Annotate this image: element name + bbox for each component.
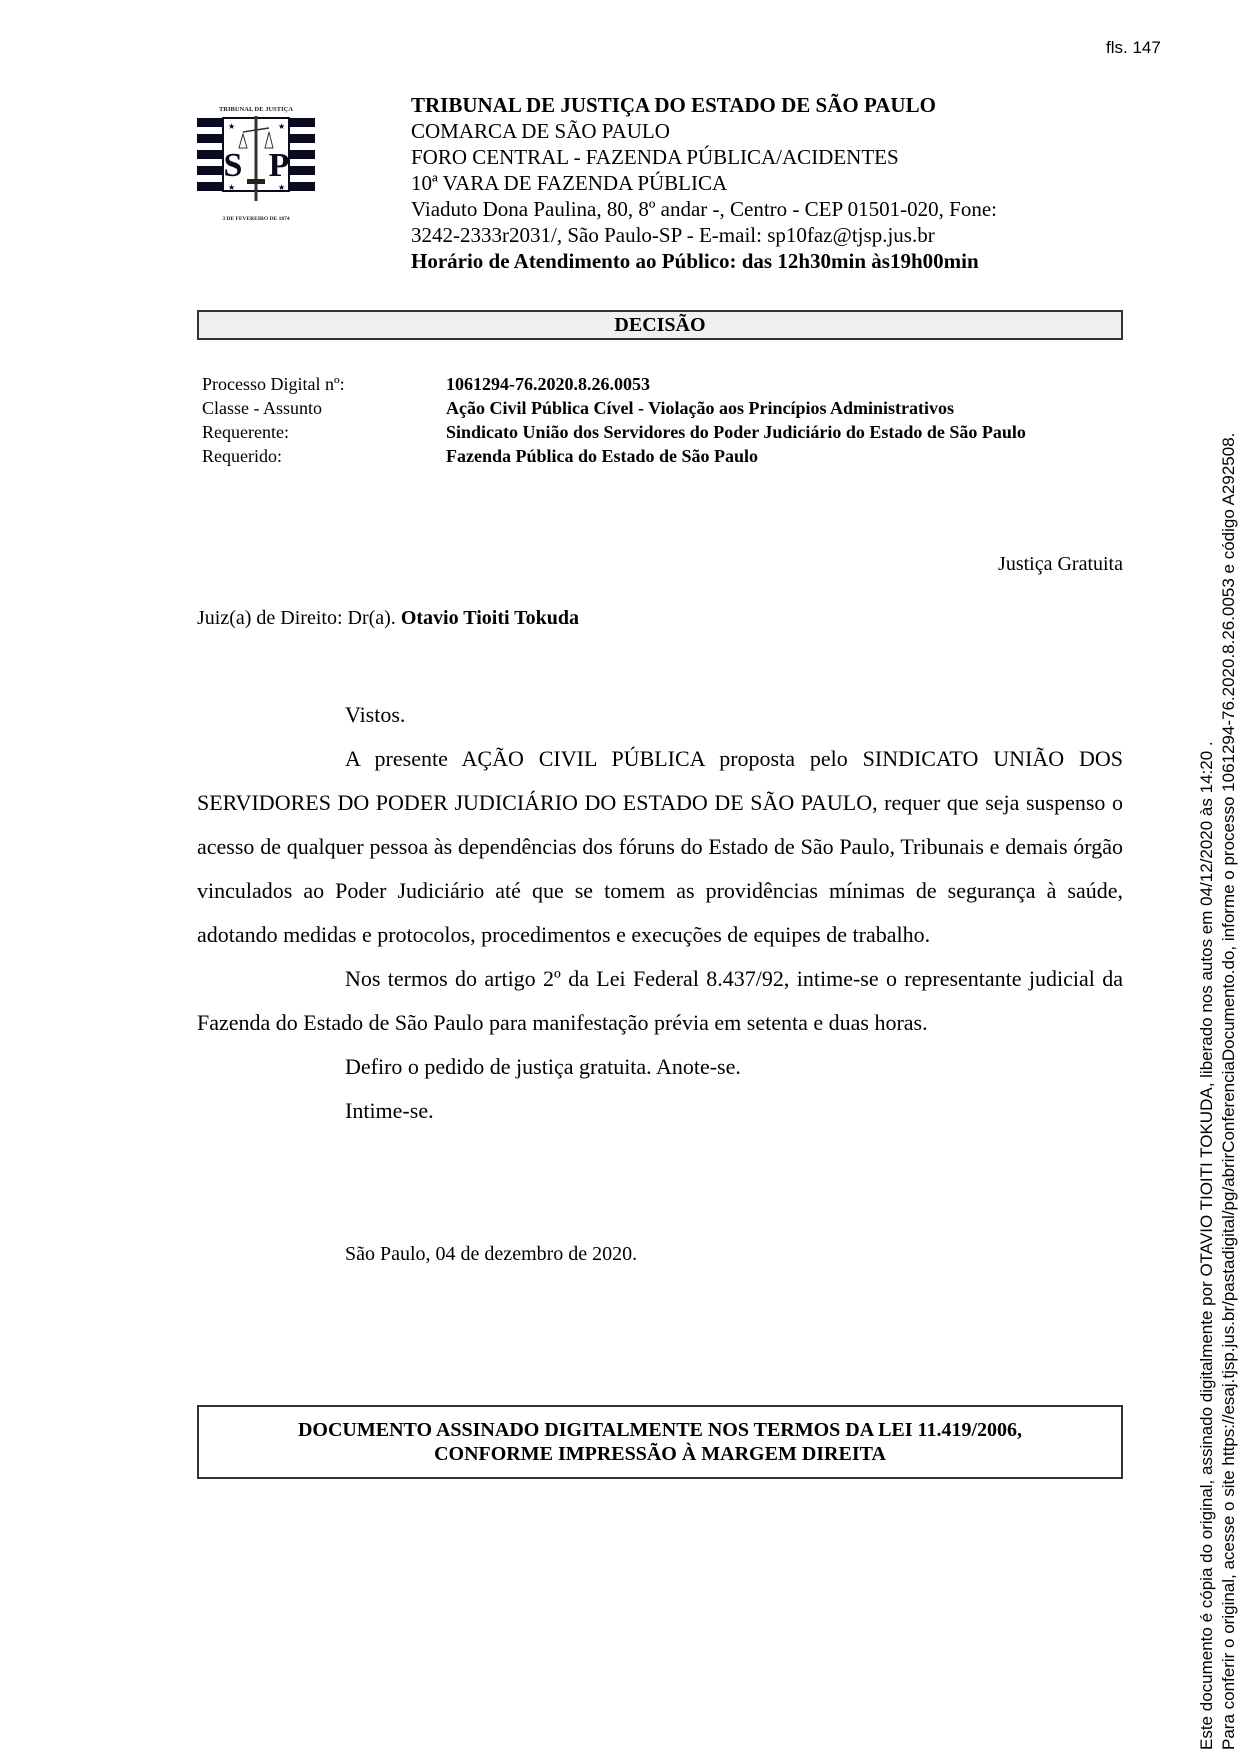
metadata-row: Requerido: Fazenda Pública do Estado de … [202, 444, 1086, 468]
metadata-label: Requerido: [202, 444, 446, 468]
metadata-value: Sindicato União dos Servidores do Poder … [446, 420, 1086, 444]
metadata-row: Classe - Assunto Ação Civil Pública Cíve… [202, 396, 1086, 420]
paragraph: A presente AÇÃO CIVIL PÚBLICA proposta p… [197, 737, 1123, 957]
svg-text:P: P [269, 147, 290, 184]
metadata-value: Fazenda Pública do Estado de São Paulo [446, 444, 1086, 468]
metadata-label: Processo Digital nº: [202, 372, 446, 396]
metadata-value: Ação Civil Pública Cível - Violação aos … [446, 396, 1086, 420]
court-name: TRIBUNAL DE JUSTIÇA DO ESTADO DE SÃO PAU… [411, 92, 997, 118]
svg-text:★: ★ [228, 183, 235, 192]
notice-line-1: DOCUMENTO ASSINADO DIGITALMENTE NOS TERM… [199, 1418, 1121, 1442]
justica-gratuita-label: Justiça Gratuita [998, 553, 1123, 576]
court-header: TRIBUNAL DE JUSTIÇA DO ESTADO DE SÃO PAU… [411, 92, 997, 274]
tjsp-emblem-icon: TRIBUNAL DE JUSTIÇA S P ★ ★ ★ ★ 3 DE FEV… [197, 76, 315, 226]
paragraph: Vistos. [197, 693, 1123, 737]
judge-name: Otavio Tioiti Tokuda [401, 607, 579, 629]
vara: 10ª VARA DE FAZENDA PÚBLICA [411, 170, 997, 196]
judge-line: Juiz(a) de Direito: Dr(a). Otavio Tioiti… [197, 607, 579, 630]
digital-signature-notice: DOCUMENTO ASSINADO DIGITALMENTE NOS TERM… [197, 1405, 1123, 1479]
decision-body: Vistos. A presente AÇÃO CIVIL PÚBLICA pr… [197, 693, 1123, 1133]
metadata-label: Classe - Assunto [202, 396, 446, 420]
paragraph: Defiro o pedido de justiça gratuita. Ano… [197, 1045, 1123, 1089]
date-line: São Paulo, 04 de dezembro de 2020. [345, 1243, 637, 1266]
stamp-line-2: Para conferir o original, acesse o site … [1218, 433, 1240, 1750]
case-metadata: Processo Digital nº: 1061294-76.2020.8.2… [202, 372, 1086, 468]
office-hours: Horário de Atendimento ao Público: das 1… [411, 248, 997, 274]
comarca: COMARCA DE SÃO PAULO [411, 118, 997, 144]
paragraph: Intime-se. [197, 1089, 1123, 1133]
svg-text:★: ★ [228, 122, 235, 131]
margin-authentication-stamp: Este documento é cópia do original, assi… [1196, 433, 1240, 1750]
notice-line-2: CONFORME IMPRESSÃO À MARGEM DIREITA [199, 1442, 1121, 1466]
metadata-row: Requerente: Sindicato União dos Servidor… [202, 420, 1086, 444]
svg-text:★: ★ [278, 183, 285, 192]
address-line-1: Viaduto Dona Paulina, 80, 8º andar -, Ce… [411, 196, 997, 222]
svg-text:S: S [224, 147, 243, 184]
metadata-value: 1061294-76.2020.8.26.0053 [446, 372, 1086, 396]
foro: FORO CENTRAL - FAZENDA PÚBLICA/ACIDENTES [411, 144, 997, 170]
svg-text:TRIBUNAL DE JUSTIÇA: TRIBUNAL DE JUSTIÇA [219, 106, 293, 113]
document-title: DECISÃO [197, 310, 1123, 340]
stamp-line-1: Este documento é cópia do original, assi… [1196, 433, 1218, 1750]
tjsp-logo: TRIBUNAL DE JUSTIÇA S P ★ ★ ★ ★ 3 DE FEV… [197, 76, 315, 226]
address-line-2: 3242-2333r2031/, São Paulo-SP - E-mail: … [411, 222, 997, 248]
metadata-label: Requerente: [202, 420, 446, 444]
page-number: fls. 147 [1106, 38, 1161, 58]
svg-text:★: ★ [278, 122, 285, 131]
paragraph: Nos termos do artigo 2º da Lei Federal 8… [197, 957, 1123, 1045]
metadata-row: Processo Digital nº: 1061294-76.2020.8.2… [202, 372, 1086, 396]
judge-label: Juiz(a) de Direito: Dr(a). [197, 607, 396, 629]
svg-text:3 DE FEVEREIRO DE 1874: 3 DE FEVEREIRO DE 1874 [222, 216, 289, 222]
